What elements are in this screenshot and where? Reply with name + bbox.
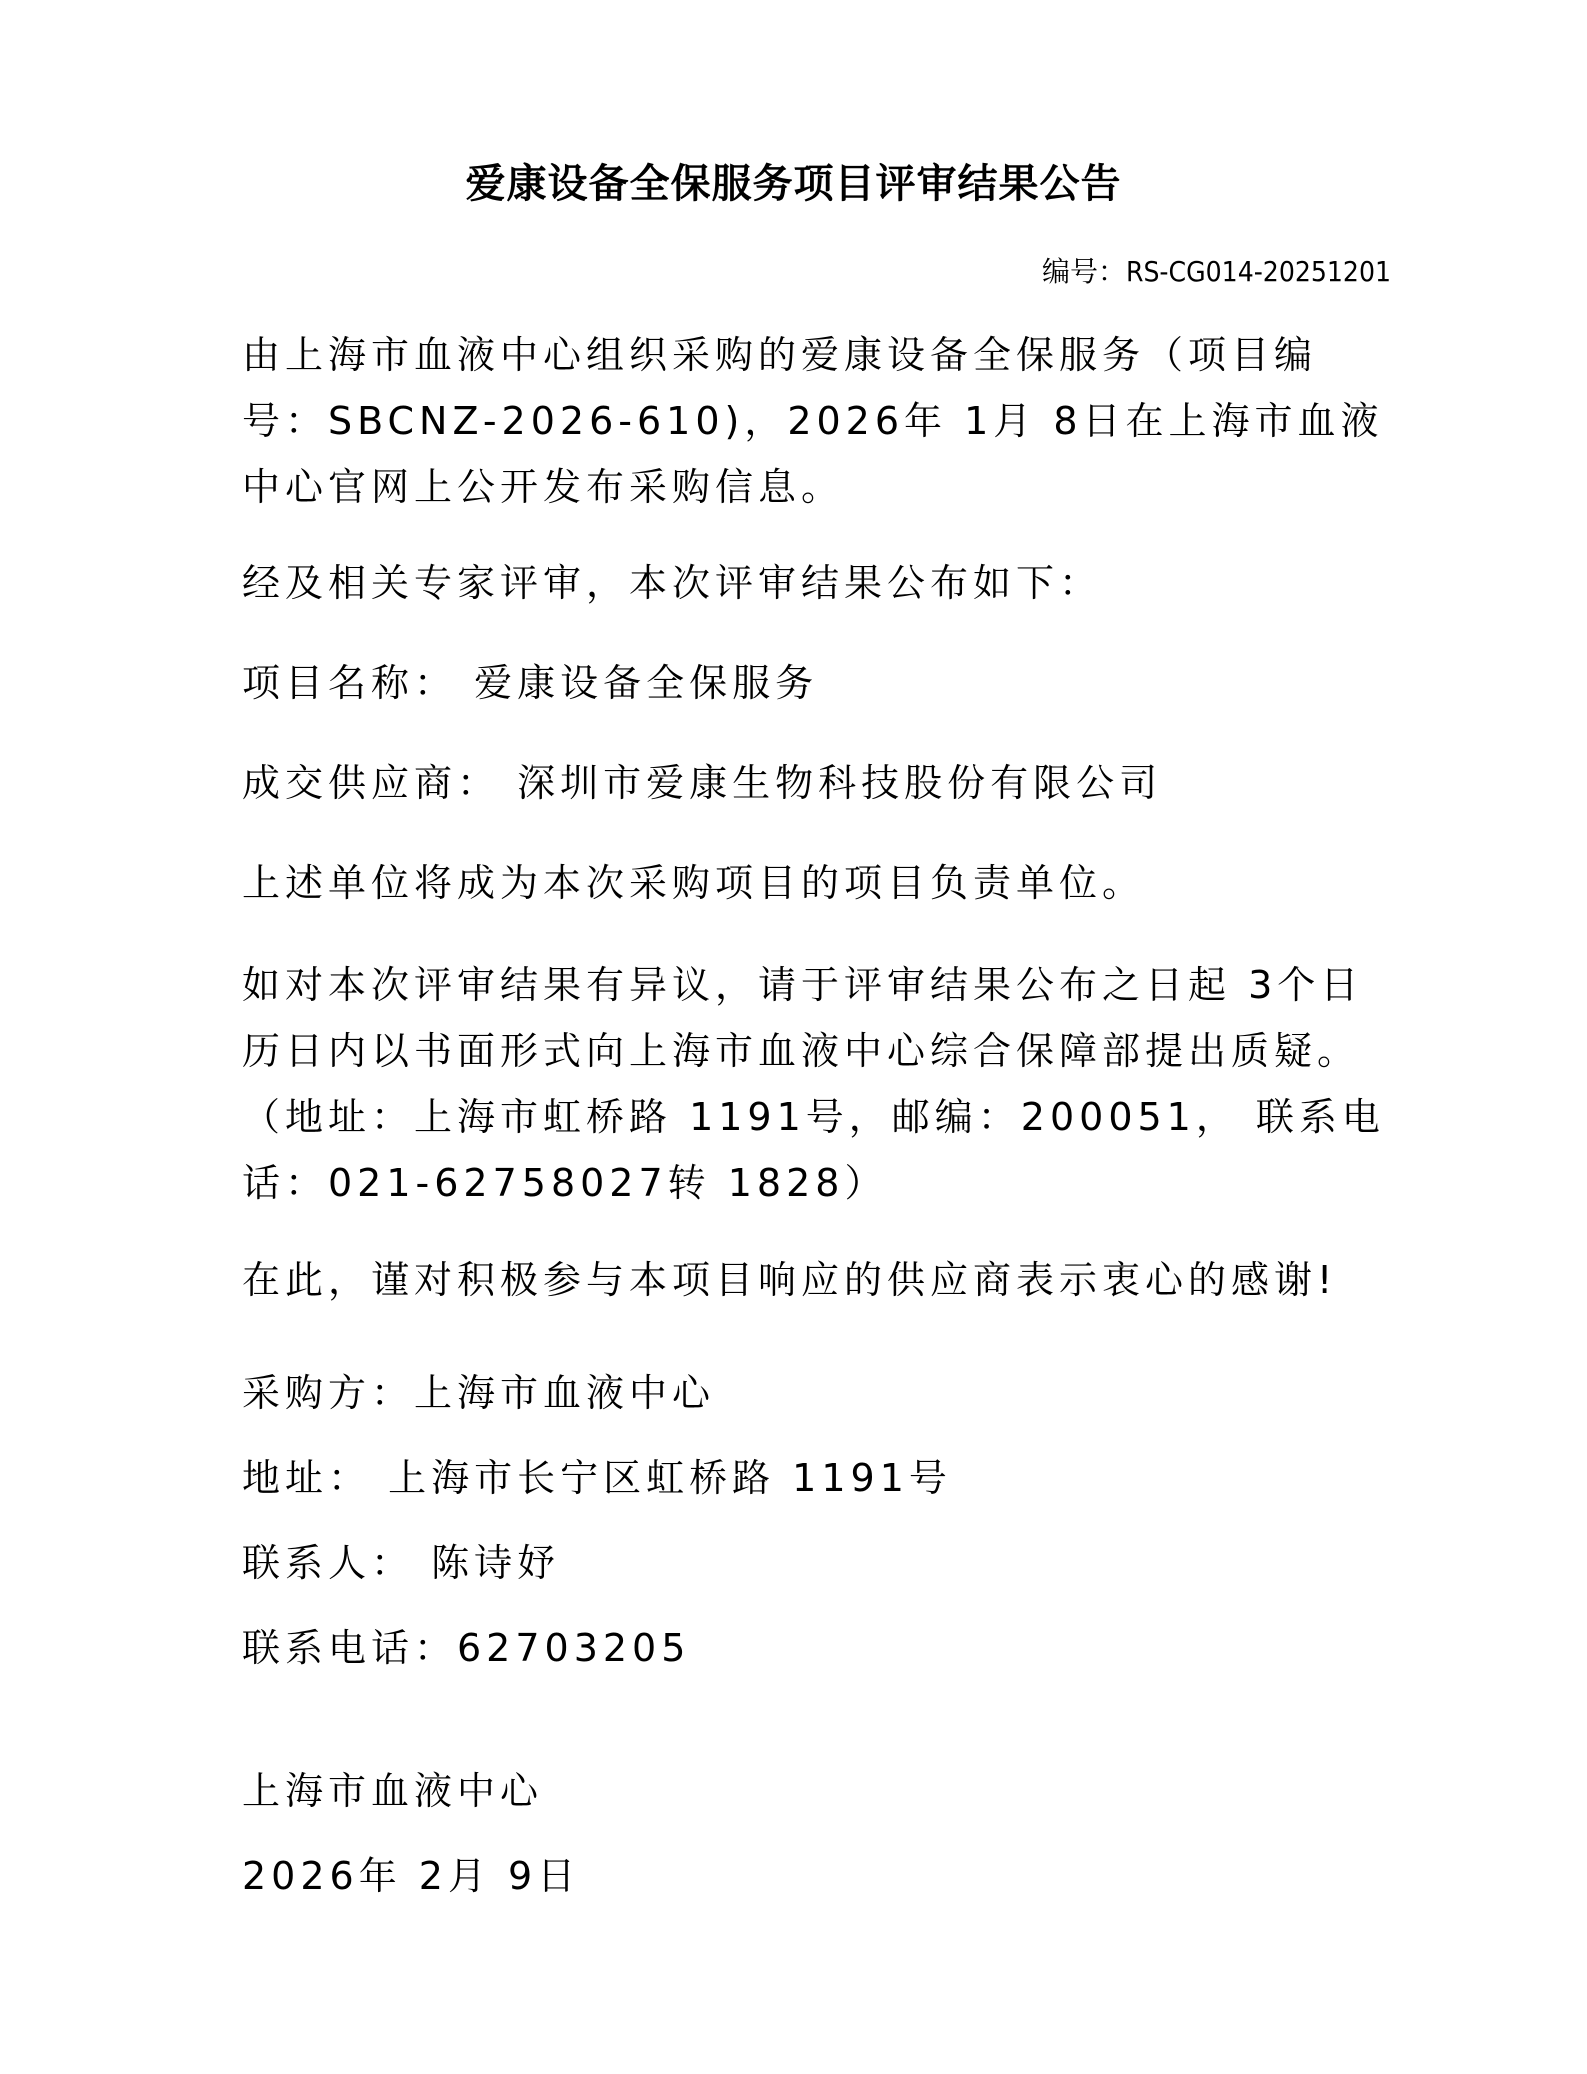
- paragraph-objection: 如对本次评审结果有异议，请于评审结果公布之日起 3个日历日内以书面形式向上海市血…: [242, 952, 1392, 1216]
- paragraph-review: 经及相关专家评审，本次评审结果公布如下：: [242, 550, 1392, 616]
- phone-line: 联系电话：62703205: [242, 1615, 1392, 1681]
- document-title: 爱康设备全保服务项目评审结果公告: [0, 152, 1587, 209]
- supplier-line: 成交供应商： 深圳市爱康生物科技股份有限公司: [242, 750, 1392, 816]
- purchaser-line: 采购方：上海市血液中心: [242, 1360, 1392, 1426]
- document-number: 编号：RS-CG014-20251201: [1042, 250, 1391, 290]
- paragraph-intro: 由上海市血液中心组织采购的爱康设备全保服务（项目编号：SBCNZ-2026-61…: [242, 322, 1392, 520]
- paragraph-thanks: 在此，谨对积极参与本项目响应的供应商表示衷心的感谢!: [242, 1247, 1392, 1313]
- signature-date: 2026年 2月 9日: [242, 1843, 1392, 1909]
- signature-org: 上海市血液中心: [242, 1758, 1392, 1824]
- address-line: 地址： 上海市长宁区虹桥路 1191号: [242, 1445, 1392, 1511]
- project-name-line: 项目名称： 爱康设备全保服务: [242, 650, 1392, 716]
- paragraph-responsible: 上述单位将成为本次采购项目的项目负责单位。: [242, 850, 1392, 916]
- contact-person-line: 联系人： 陈诗妤: [242, 1530, 1392, 1596]
